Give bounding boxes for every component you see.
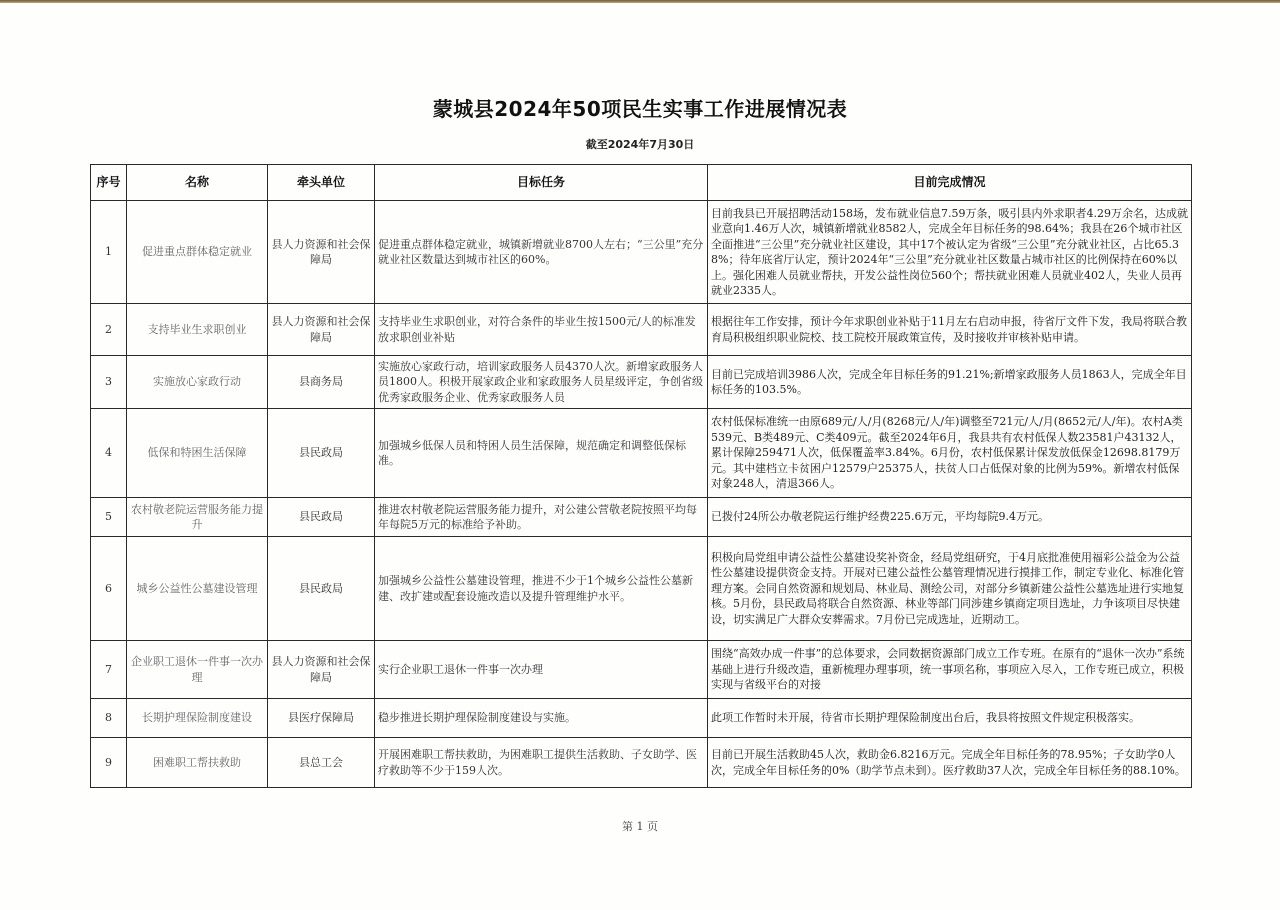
row-lead-unit: 县民政局 [268, 498, 375, 537]
row-index: 3 [91, 356, 127, 409]
header-current-status: 目前完成情况 [708, 165, 1192, 201]
row-target-task: 实施放心家政行动，培训家政服务人员4370人次。新增家政服务人员1800人。积极… [375, 356, 708, 409]
row-target-task: 推进农村敬老院运营服务能力提升，对公建公营敬老院按照平均每年每院5万元的标准给予… [375, 498, 708, 537]
row-current-status: 目前我县已开展招聘活动158场，发布就业信息7.59万条，吸引县内外求职者4.2… [708, 201, 1192, 304]
row-target-task: 开展困难职工帮扶救助，为困难职工提供生活救助、子女助学、医疗救助等不少于159人… [375, 738, 708, 788]
table-row: 9 困难职工帮扶救助 县总工会 开展困难职工帮扶救助，为困难职工提供生活救助、子… [91, 738, 1192, 788]
row-name: 困难职工帮扶救助 [127, 738, 268, 788]
top-edge-bar [0, 0, 1280, 3]
row-index: 4 [91, 409, 127, 498]
row-current-status: 此项工作暂时未开展，待省市长期护理保险制度出台后，我县将按照文件规定积极落实。 [708, 699, 1192, 738]
row-current-status: 已拨付24所公办敬老院运行维护经费225.6万元，平均每院9.4万元。 [708, 498, 1192, 537]
row-target-task: 稳步推进长期护理保险制度建设与实施。 [375, 699, 708, 738]
row-name: 农村敬老院运营服务能力提升 [127, 498, 268, 537]
row-name: 企业职工退休一件事一次办理 [127, 641, 268, 699]
row-lead-unit: 县人力资源和社会保障局 [268, 201, 375, 304]
row-target-task: 促进重点群体稳定就业，城镇新增就业8700人左右；“三公里”充分就业社区数量达到… [375, 201, 708, 304]
row-lead-unit: 县民政局 [268, 409, 375, 498]
page-number: 第 1 页 [0, 818, 1280, 834]
header-lead-unit: 牵头单位 [268, 165, 375, 201]
header-target-task: 目标任务 [375, 165, 708, 201]
table-row: 8 长期护理保险制度建设 县医疗保障局 稳步推进长期护理保险制度建设与实施。 此… [91, 699, 1192, 738]
table-row: 7 企业职工退休一件事一次办理 县人力资源和社会保障局 实行企业职工退休一件事一… [91, 641, 1192, 699]
row-name: 促进重点群体稳定就业 [127, 201, 268, 304]
row-lead-unit: 县商务局 [268, 356, 375, 409]
row-lead-unit: 县医疗保障局 [268, 699, 375, 738]
row-current-status: 根据往年工作安排，预计今年求职创业补贴于11月左右启动申报，待省厅文件下发，我局… [708, 304, 1192, 356]
row-current-status: 目前已开展生活救助45人次，救助金6.8216万元。完成全年目标任务的78.95… [708, 738, 1192, 788]
row-index: 7 [91, 641, 127, 699]
row-target-task: 加强城乡低保人员和特困人员生活保障，规范确定和调整低保标准。 [375, 409, 708, 498]
table-row: 5 农村敬老院运营服务能力提升 县民政局 推进农村敬老院运营服务能力提升，对公建… [91, 498, 1192, 537]
row-name: 低保和特困生活保障 [127, 409, 268, 498]
row-index: 6 [91, 537, 127, 641]
row-lead-unit: 县人力资源和社会保障局 [268, 641, 375, 699]
row-index: 8 [91, 699, 127, 738]
progress-table: 序号 名称 牵头单位 目标任务 目前完成情况 1 促进重点群体稳定就业 县人力资… [90, 164, 1192, 788]
row-target-task: 支持毕业生求职创业，对符合条件的毕业生按1500元/人的标准发放求职创业补贴 [375, 304, 708, 356]
row-name: 实施放心家政行动 [127, 356, 268, 409]
document-subtitle-date: 截至2024年7月30日 [0, 136, 1280, 152]
table-row: 6 城乡公益性公墓建设管理 县民政局 加强城乡公益性公墓建设管理，推进不少于1个… [91, 537, 1192, 641]
table-row: 4 低保和特困生活保障 县民政局 加强城乡低保人员和特困人员生活保障，规范确定和… [91, 409, 1192, 498]
row-target-task: 加强城乡公益性公墓建设管理，推进不少于1个城乡公益性公墓新建、改扩建或配套设施改… [375, 537, 708, 641]
row-name: 城乡公益性公墓建设管理 [127, 537, 268, 641]
row-index: 1 [91, 201, 127, 304]
header-index: 序号 [91, 165, 127, 201]
row-name: 长期护理保险制度建设 [127, 699, 268, 738]
row-current-status: 农村低保标准统一由原689元/人/月(8268元/人/年)调整至721元/人/月… [708, 409, 1192, 498]
row-current-status: 目前已完成培训3986人次，完成全年目标任务的91.21%;新增家政服务人员18… [708, 356, 1192, 409]
row-index: 9 [91, 738, 127, 788]
row-lead-unit: 县总工会 [268, 738, 375, 788]
table-header-row: 序号 名称 牵头单位 目标任务 目前完成情况 [91, 165, 1192, 201]
row-current-status: 积极向局党组申请公益性公墓建设奖补资金，经局党组研究，于4月底批准使用福彩公益金… [708, 537, 1192, 641]
row-lead-unit: 县民政局 [268, 537, 375, 641]
row-index: 2 [91, 304, 127, 356]
row-name: 支持毕业生求职创业 [127, 304, 268, 356]
row-current-status: 围绕“高效办成一件事”的总体要求，会同数据资源部门成立工作专班。在原有的“退休一… [708, 641, 1192, 699]
table-row: 1 促进重点群体稳定就业 县人力资源和社会保障局 促进重点群体稳定就业，城镇新增… [91, 201, 1192, 304]
row-target-task: 实行企业职工退休一件事一次办理 [375, 641, 708, 699]
table-row: 2 支持毕业生求职创业 县人力资源和社会保障局 支持毕业生求职创业，对符合条件的… [91, 304, 1192, 356]
row-lead-unit: 县人力资源和社会保障局 [268, 304, 375, 356]
table-row: 3 实施放心家政行动 县商务局 实施放心家政行动，培训家政服务人员4370人次。… [91, 356, 1192, 409]
header-name: 名称 [127, 165, 268, 201]
document-title: 蒙城县2024年50项民生实事工作进展情况表 [0, 93, 1280, 122]
row-index: 5 [91, 498, 127, 537]
